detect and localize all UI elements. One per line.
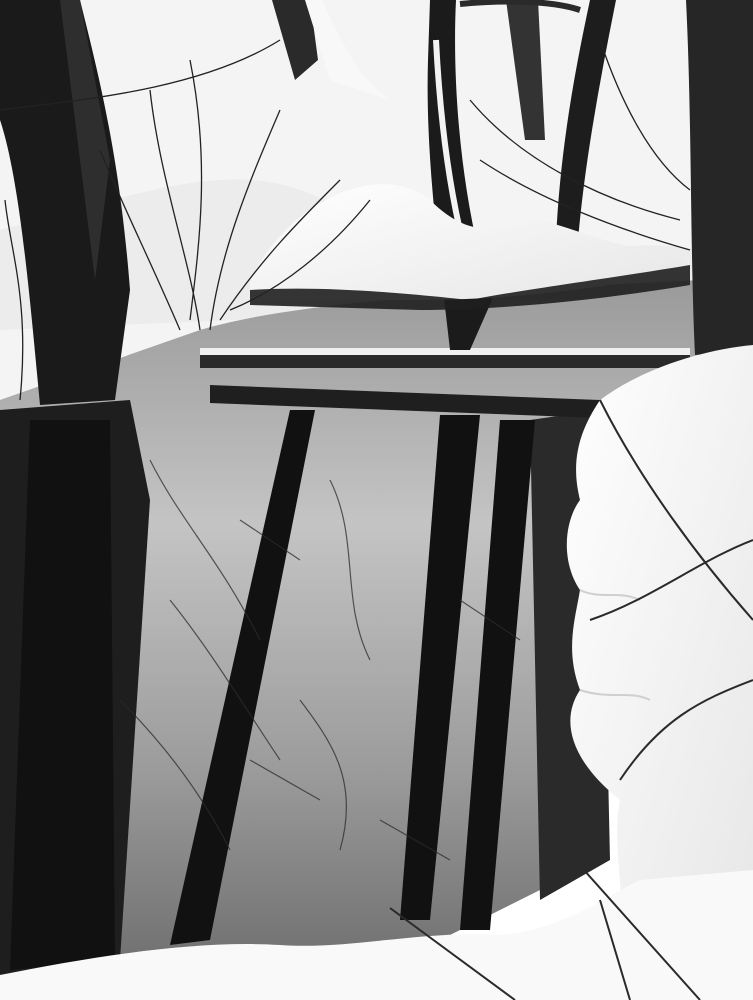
tree-trunk-right (686, 0, 753, 355)
photo-scene (0, 0, 753, 1000)
photo-canvas (0, 0, 753, 1000)
